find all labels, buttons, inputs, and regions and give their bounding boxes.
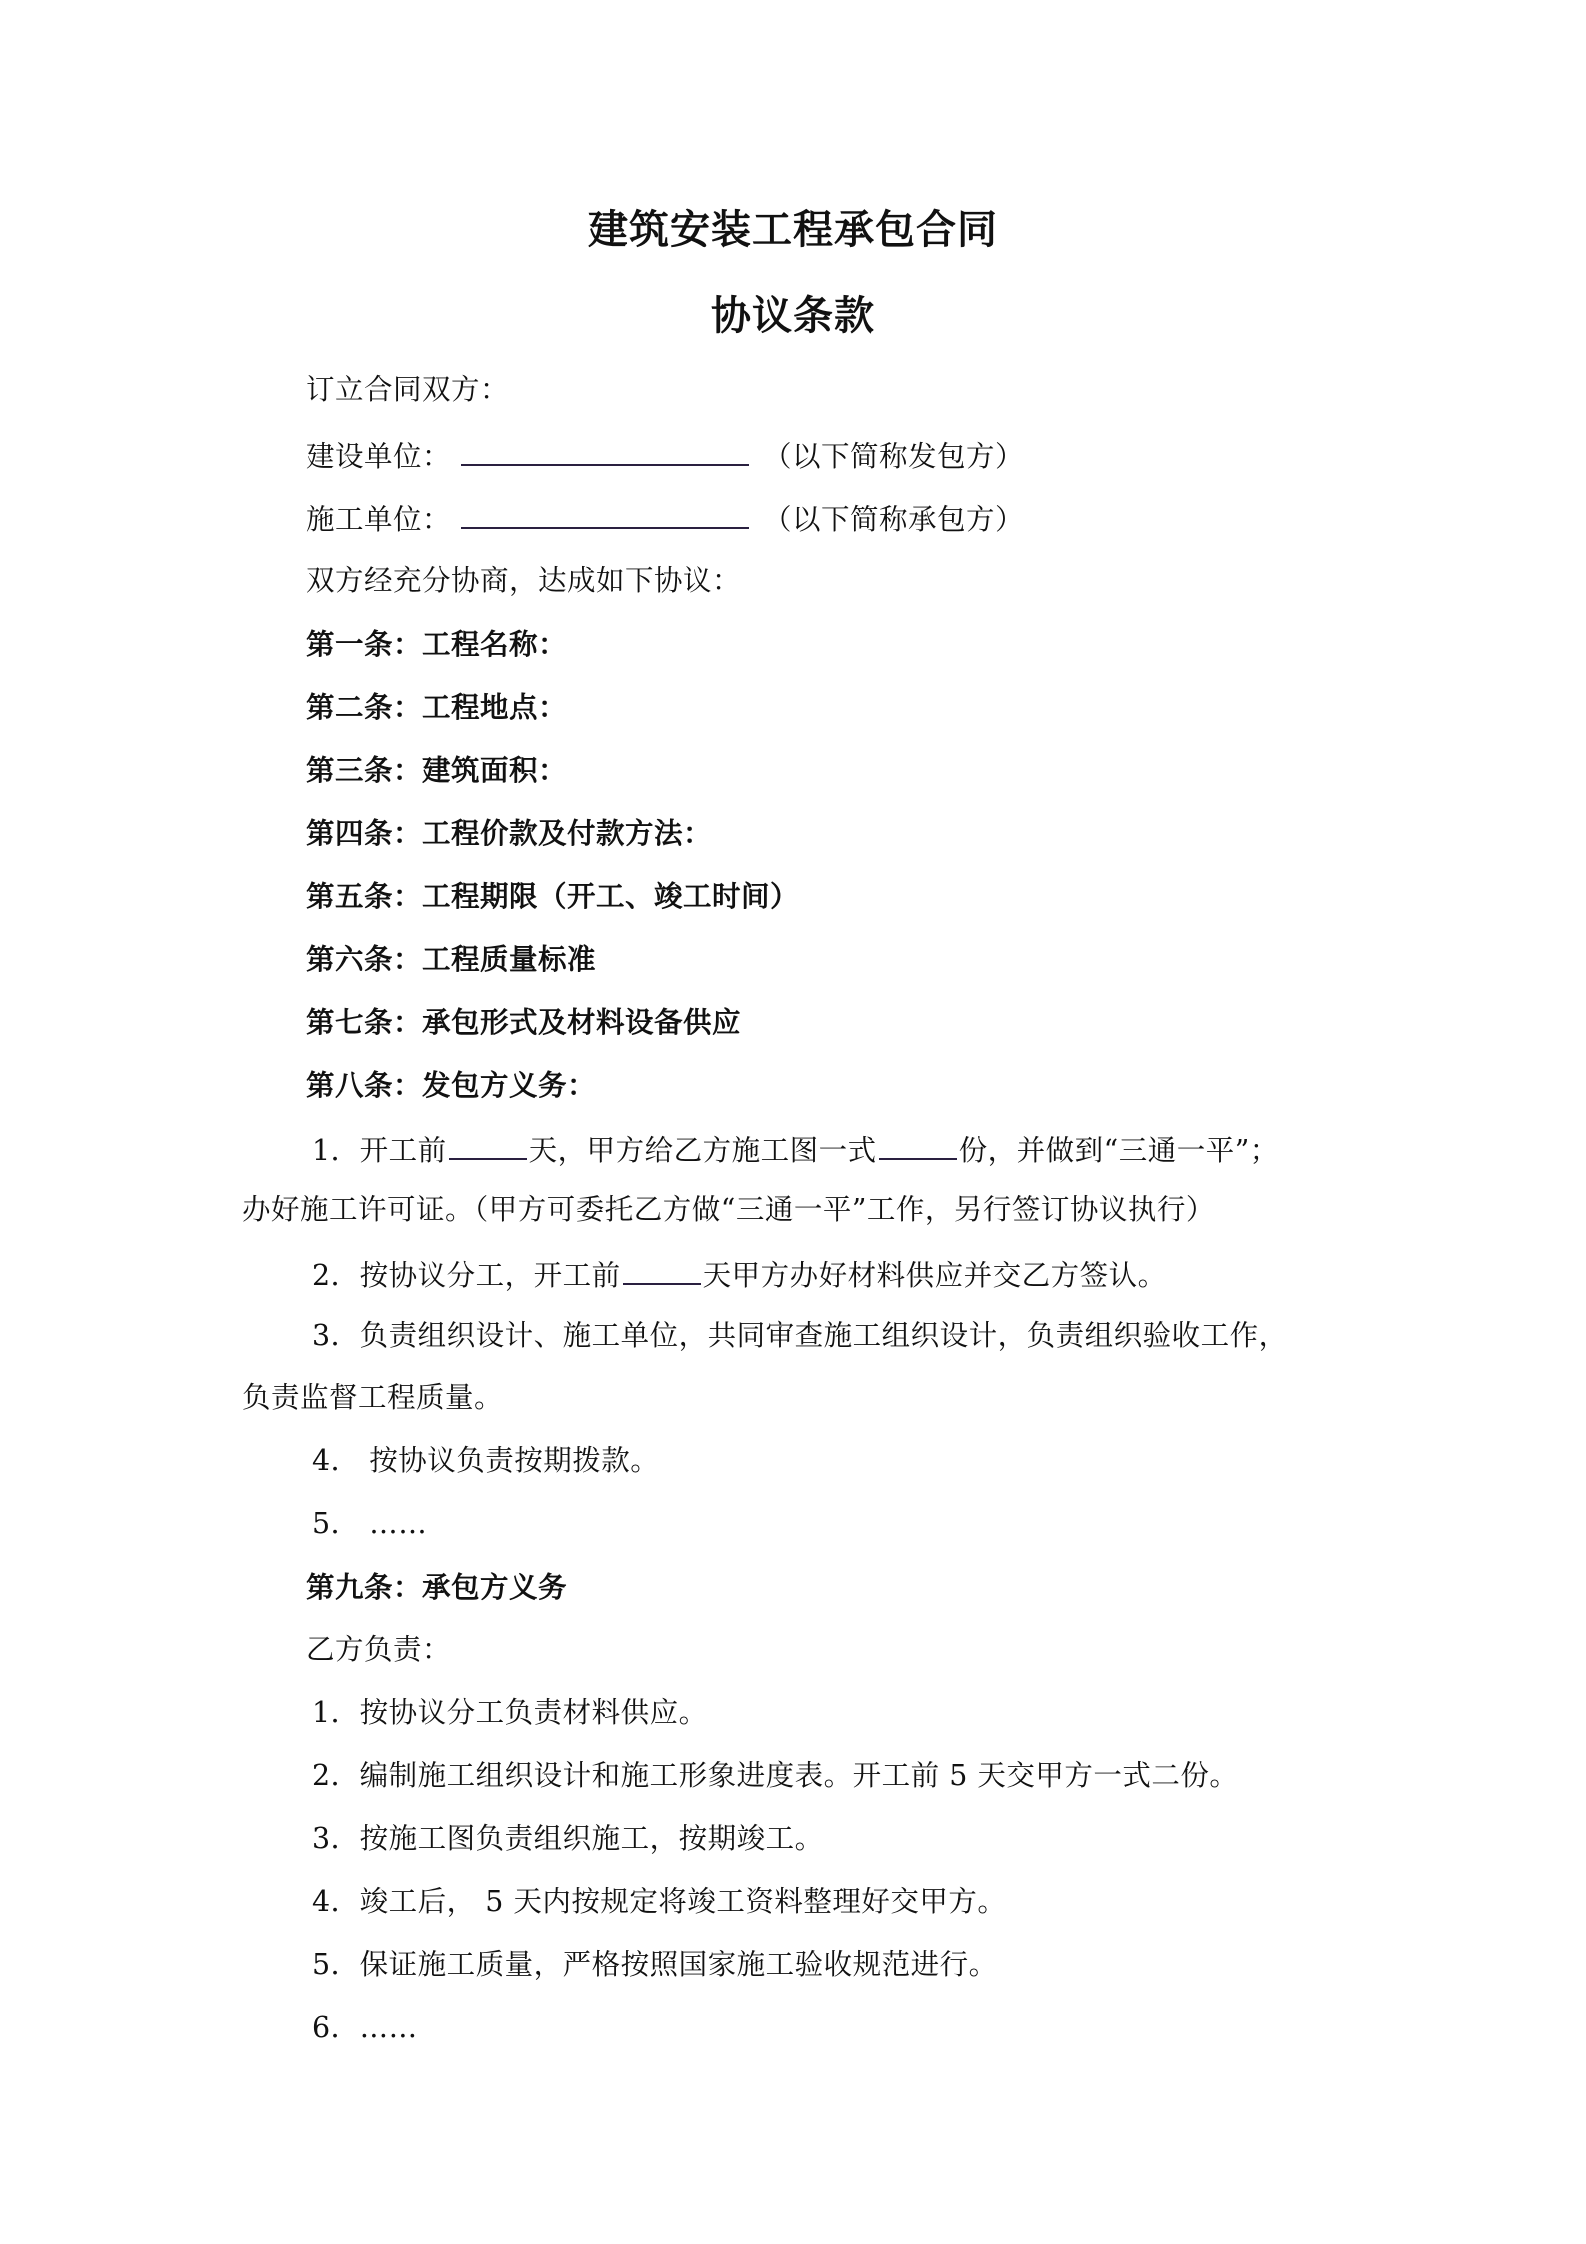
party-a-row: 建设单位：（以下简称发包方） xyxy=(306,440,1024,472)
article-7: 第七条：承包形式及材料设备供应 xyxy=(306,1008,741,1037)
party-b-row: 施工单位：（以下简称承包方） xyxy=(306,503,1024,535)
article-8-item-1-continuation: 办好施工许可证。（甲方可委托乙方做“三通一平”工作，另行签订协议执行） xyxy=(242,1196,1215,1225)
article-6: 第六条：工程质量标准 xyxy=(306,945,596,974)
party-a-field[interactable] xyxy=(461,440,749,466)
article-8-item-3-continuation: 负责监督工程质量。 xyxy=(242,1384,503,1413)
article-9-item-6: 6．…… xyxy=(312,2014,418,2043)
item-1-text-c: 份，并做到“三通一平”； xyxy=(959,1134,1279,1167)
article-5: 第五条：工程期限（开工、竣工时间） xyxy=(306,882,799,911)
article-8-item-5: 5． …… xyxy=(312,1510,427,1539)
article-9-item-3: 3．按施工图负责组织施工，按期竣工。 xyxy=(312,1825,824,1854)
document-title: 建筑安装工程承包合同 xyxy=(0,210,1586,250)
article-9-item-2: 2．编制施工组织设计和施工形象进度表。开工前 5 天交甲方一式二份。 xyxy=(312,1762,1238,1791)
article-9: 第九条：承包方义务 xyxy=(306,1573,567,1602)
article-2: 第二条：工程地点： xyxy=(306,693,567,722)
agreement-intro: 双方经充分协商，达成如下协议： xyxy=(306,567,741,596)
article-1: 第一条：工程名称： xyxy=(306,630,567,659)
article-8: 第八条：发包方义务： xyxy=(306,1071,596,1100)
article-8-item-4: 4． 按协议负责按期拨款。 xyxy=(312,1447,659,1476)
item-2-text-b: 天甲方办好材料供应并交乙方签认。 xyxy=(703,1259,1167,1292)
party-a-suffix: （以下简称发包方） xyxy=(763,440,1024,473)
article-8-item-3: 3．负责组织设计、施工单位，共同审查施工组织设计，负责组织验收工作， xyxy=(312,1322,1288,1351)
drawing-copies-field[interactable] xyxy=(879,1134,957,1160)
parties-intro: 订立合同双方： xyxy=(306,376,509,405)
item-2-text-a: 2．按协议分工，开工前 xyxy=(312,1259,621,1292)
article-9-item-1: 1．按协议分工负责材料供应。 xyxy=(312,1699,708,1728)
article-3: 第三条：建筑面积： xyxy=(306,756,567,785)
document-subtitle: 协议条款 xyxy=(0,296,1586,336)
days-before-start-field[interactable] xyxy=(449,1134,527,1160)
document-page: 建筑安装工程承包合同 协议条款 订立合同双方： 建设单位：（以下简称发包方） 施… xyxy=(0,0,1586,2244)
article-4: 第四条：工程价款及付款方法： xyxy=(306,819,712,848)
materials-days-field[interactable] xyxy=(623,1259,701,1285)
article-8-item-1: 1．开工前天，甲方给乙方施工图一式份，并做到“三通一平”； xyxy=(312,1134,1279,1166)
article-9-intro: 乙方负责： xyxy=(306,1636,451,1665)
party-b-suffix: （以下简称承包方） xyxy=(763,503,1024,536)
party-a-label: 建设单位： xyxy=(306,440,451,473)
party-b-label: 施工单位： xyxy=(306,503,451,536)
article-8-item-2: 2．按协议分工，开工前天甲方办好材料供应并交乙方签认。 xyxy=(312,1259,1167,1291)
item-1-text-a: 1．开工前 xyxy=(312,1134,447,1167)
article-9-item-4: 4．竣工后， 5 天内按规定将竣工资料整理好交甲方。 xyxy=(312,1888,1006,1917)
party-b-field[interactable] xyxy=(461,503,749,529)
article-9-item-5: 5．保证施工质量，严格按照国家施工验收规范进行。 xyxy=(312,1951,998,1980)
item-1-text-b: 天，甲方给乙方施工图一式 xyxy=(529,1134,877,1167)
